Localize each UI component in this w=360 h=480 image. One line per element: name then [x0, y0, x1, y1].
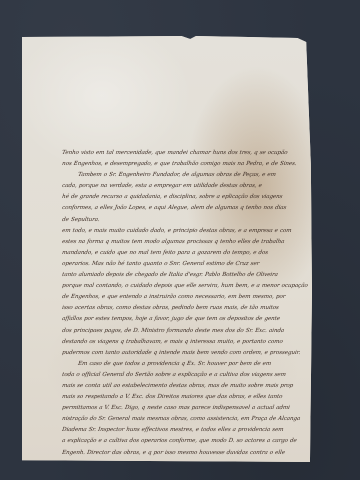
- text-line: em todo, e mais muito cuidado dado, e pr…: [61, 226, 309, 237]
- text-line: Engenh. Director das obras, e q por isso…: [61, 448, 309, 459]
- text-line: toda o official General do Sertão sobre …: [61, 370, 309, 381]
- text-line: nistração do Sr. General mais mesmas obr…: [61, 414, 309, 425]
- text-line: Tenho visto em tal mercenidade, que mand…: [61, 148, 309, 159]
- manuscript-page: Tenho visto em tal mercenidade, que mand…: [22, 36, 312, 462]
- text-line: de Sepultura.: [61, 215, 309, 226]
- text-line: hé de grande recurso a quidadania, e dis…: [61, 192, 309, 203]
- text-line: affallos por estes tempos, hoje a favor,…: [61, 314, 309, 325]
- text-line: mais se conta util ao estabelecimento de…: [61, 381, 309, 392]
- text-line: de Engenhos, e que entendo a instruirão …: [61, 292, 309, 303]
- text-line: operarios. Mas não hé tanto quanto o Snr…: [61, 259, 309, 270]
- text-line: Diadema Sr. Inspector huns effectivos me…: [61, 425, 309, 436]
- text-line: Tambem o Sr. Engenheiro Fundador, de alg…: [61, 170, 309, 181]
- text-line: mais so respeitando a V. Exc. dos Direit…: [61, 392, 309, 403]
- text-line: pudermos com tanto autoridade q intende …: [61, 348, 309, 359]
- text-line: a explicação e a cultiva dos operarios c…: [61, 436, 309, 447]
- text-line: mandando, e cuido que no mal tem feito p…: [61, 248, 309, 259]
- text-line: isso acertas obras, como destas obras, p…: [61, 303, 309, 314]
- text-line: porque mal contando, o cuidado depois qu…: [61, 281, 309, 292]
- text-line: nos Engenhos, e desempregado, e que trab…: [61, 159, 309, 170]
- text-line: estes na forma q muitos tem modo algumas…: [61, 237, 309, 248]
- text-line: permittamos a V. Exc. Digo, q neste caso…: [61, 403, 309, 414]
- text-line: Em caso de que todos a providencia q Ex.…: [61, 359, 309, 370]
- text-line: dos principaes pagos, de D. Ministro for…: [61, 326, 309, 337]
- text-line: tanto alumiado depois de chegado de Ital…: [61, 270, 309, 281]
- text-line: conformes, a elles João Lopes, e aqui Al…: [61, 203, 309, 214]
- text-line: cada, porque na verdade, esta a empregar…: [61, 181, 309, 192]
- text-line: destando os viagens q trabalhavam, e mai…: [61, 337, 309, 348]
- handwritten-text-block: Tenho visto em tal mercenidade, que mand…: [62, 148, 308, 459]
